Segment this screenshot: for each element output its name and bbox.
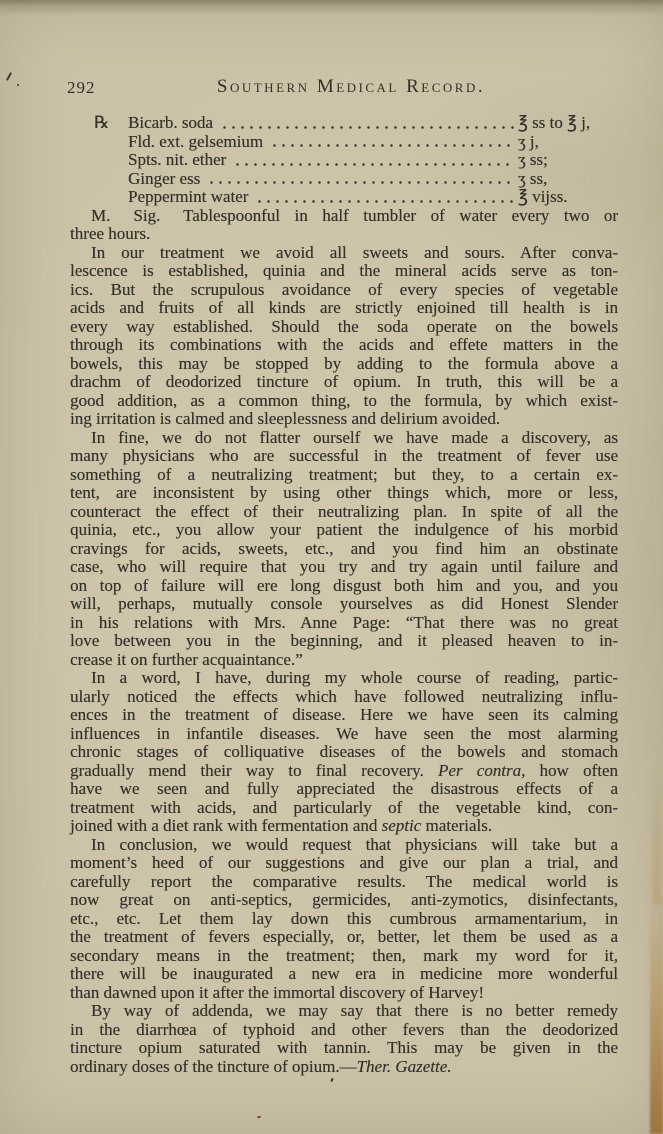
journal-title: Southern Medical Record. — [70, 76, 618, 98]
text-line: have we seen and fully appreciated the d… — [70, 780, 618, 799]
scan-speck — [330, 1078, 333, 1082]
text-line: quinia, etc., you allow your patient the… — [70, 521, 618, 540]
text-column: 292 Southern Medical Record. ℞ Bicarb. s… — [70, 76, 618, 1076]
prescription-row: Fld. ext. gelsemiumʒ j, — [128, 133, 618, 152]
scan-speck — [257, 1116, 261, 1119]
ingredient-name: Ginger ess — [128, 170, 200, 189]
article-paragraphs: M. Sig. Tablespoonful in half tumbler of… — [70, 207, 618, 1077]
text-line: In fine, we do not flatter ourself we ha… — [70, 429, 618, 448]
ingredient-quantity: ʒ ss, — [518, 170, 618, 189]
prescription-block: ℞ Bicarb. soda℥ ss to ℥ j,Fld. ext. gels… — [70, 114, 618, 207]
text-line: through its combinations with the acids … — [70, 336, 618, 355]
text-line: etc., etc. Let them lay down this cumbro… — [70, 910, 618, 929]
paragraph: In fine, we do not flatter ourself we ha… — [70, 429, 618, 670]
text-line: now great on anti-septics, germicides, a… — [70, 891, 618, 910]
page-gilt-edge — [650, 894, 663, 1134]
ingredient-quantity: ʒ ss; — [518, 151, 618, 170]
text-line: By way of addenda, we may say that there… — [70, 1002, 618, 1021]
ingredient-name: Spts. nit. ether — [128, 151, 226, 170]
text-line: tincture opium saturated with tannin. Th… — [70, 1039, 618, 1058]
text-line: carefully report the comparative results… — [70, 873, 618, 892]
text-line: influences in infantile diseases. We hav… — [70, 725, 618, 744]
ingredient-name: Fld. ext. gelsemium — [128, 133, 263, 152]
paragraph: M. Sig. Tablespoonful in half tumbler of… — [70, 207, 618, 244]
text-line: than dawned upon it after the immortal d… — [70, 984, 618, 1003]
text-line: moment’s heed of our suggestions and giv… — [70, 854, 618, 873]
ingredient-quantity: ʒ j, — [518, 133, 618, 152]
text-line: tent, are inconsistent by using other th… — [70, 484, 618, 503]
text-line: cravings for acids, sweets, etc., and yo… — [70, 540, 618, 559]
page-header: 292 Southern Medical Record. — [70, 76, 618, 100]
text-line: gradually mend their way to final recove… — [70, 762, 618, 781]
text-line: lescence is established, quinia and the … — [70, 262, 618, 281]
ingredient-name: Bicarb. soda — [128, 114, 213, 133]
text-line: In conclusion, we would request that phy… — [70, 836, 618, 855]
text-line: three hours. — [70, 225, 618, 244]
page-top-edge-shadow — [0, 0, 663, 16]
paragraph: In a word, I have, during my whole cours… — [70, 669, 618, 836]
text-line: drachm of deodorized tincture of opium. … — [70, 373, 618, 392]
paragraph: By way of addenda, we may say that there… — [70, 1002, 618, 1076]
text-line: bowels, this may be stopped by adding to… — [70, 355, 618, 374]
prescription-row: Bicarb. soda℥ ss to ℥ j, — [128, 114, 618, 133]
text-line: ularly noticed the effects which have fo… — [70, 688, 618, 707]
text-line: ing irritation is calmed and sleeplessne… — [70, 410, 618, 429]
text-line: there will be inaugurated a new era in m… — [70, 965, 618, 984]
text-line: will, perhaps, mutually console yourselv… — [70, 595, 618, 614]
ingredient-quantity: ℥ ss to ℥ j, — [518, 114, 618, 133]
prescription-row: Peppermint water℥ vijss. — [128, 188, 618, 207]
text-line: counteract the effect of their neutraliz… — [70, 503, 618, 522]
rx-symbol: ℞ — [94, 114, 109, 133]
text-line: every way established. Should the soda o… — [70, 318, 618, 337]
text-line: love between you in the beginning, and i… — [70, 632, 618, 651]
dot-leader — [268, 133, 515, 152]
text-line: good addition, as a common thing, to the… — [70, 392, 618, 411]
page-body: ℞ Bicarb. soda℥ ss to ℥ j,Fld. ext. gels… — [70, 114, 618, 1076]
paragraph: In our treatment we avoid all sweets and… — [70, 244, 618, 429]
text-line: crease it on further acquaintance.” — [70, 651, 618, 670]
text-line: in the diarrhœa of typhoid and other fev… — [70, 1021, 618, 1040]
ingredient-quantity: ℥ vijss. — [518, 188, 618, 207]
text-line: ics. But the scrupulous avoidance of eve… — [70, 281, 618, 300]
scan-speck — [17, 84, 19, 86]
scan-speck — [6, 72, 12, 81]
text-line: In a word, I have, during my whole cours… — [70, 669, 618, 688]
text-line: the treatment of fevers especially, or, … — [70, 928, 618, 947]
text-line: many physicians who are successful in th… — [70, 447, 618, 466]
text-line: secondary means in the treatment; then, … — [70, 947, 618, 966]
dot-leader — [205, 170, 515, 189]
dot-leader — [231, 151, 515, 170]
text-line: M. Sig. Tablespoonful in half tumbler of… — [70, 207, 618, 226]
text-line: chronic stages of colliquative diseases … — [70, 743, 618, 762]
dot-leader — [218, 114, 515, 133]
text-line: ordinary doses of the tincture of opium.… — [70, 1058, 618, 1077]
text-line: on top of failure will ere long disgust … — [70, 577, 618, 596]
text-line: ences in the treatment of disease. Here … — [70, 706, 618, 725]
text-line: in his relations with Mrs. Anne Page: “T… — [70, 614, 618, 633]
prescription-row: Spts. nit. etherʒ ss; — [128, 151, 618, 170]
text-line: case, who will require that you try and … — [70, 558, 618, 577]
dot-leader — [253, 188, 515, 207]
prescription-items: Bicarb. soda℥ ss to ℥ j,Fld. ext. gelsem… — [128, 114, 618, 207]
text-line: something of a neutralizing treatment; b… — [70, 466, 618, 485]
prescription-row: Ginger essʒ ss, — [128, 170, 618, 189]
text-line: In our treatment we avoid all sweets and… — [70, 244, 618, 263]
ingredient-name: Peppermint water — [128, 188, 248, 207]
text-line: acids and fruits of all kinds are strict… — [70, 299, 618, 318]
page-number: 292 — [67, 78, 96, 98]
scanned-page: 292 Southern Medical Record. ℞ Bicarb. s… — [0, 0, 663, 1134]
text-line: joined with a diet rank with fermentatio… — [70, 817, 618, 836]
paragraph: In conclusion, we would request that phy… — [70, 836, 618, 1003]
page-gilt-edge-faint — [653, 764, 661, 904]
text-line: treatment with acids, and particularly o… — [70, 799, 618, 818]
